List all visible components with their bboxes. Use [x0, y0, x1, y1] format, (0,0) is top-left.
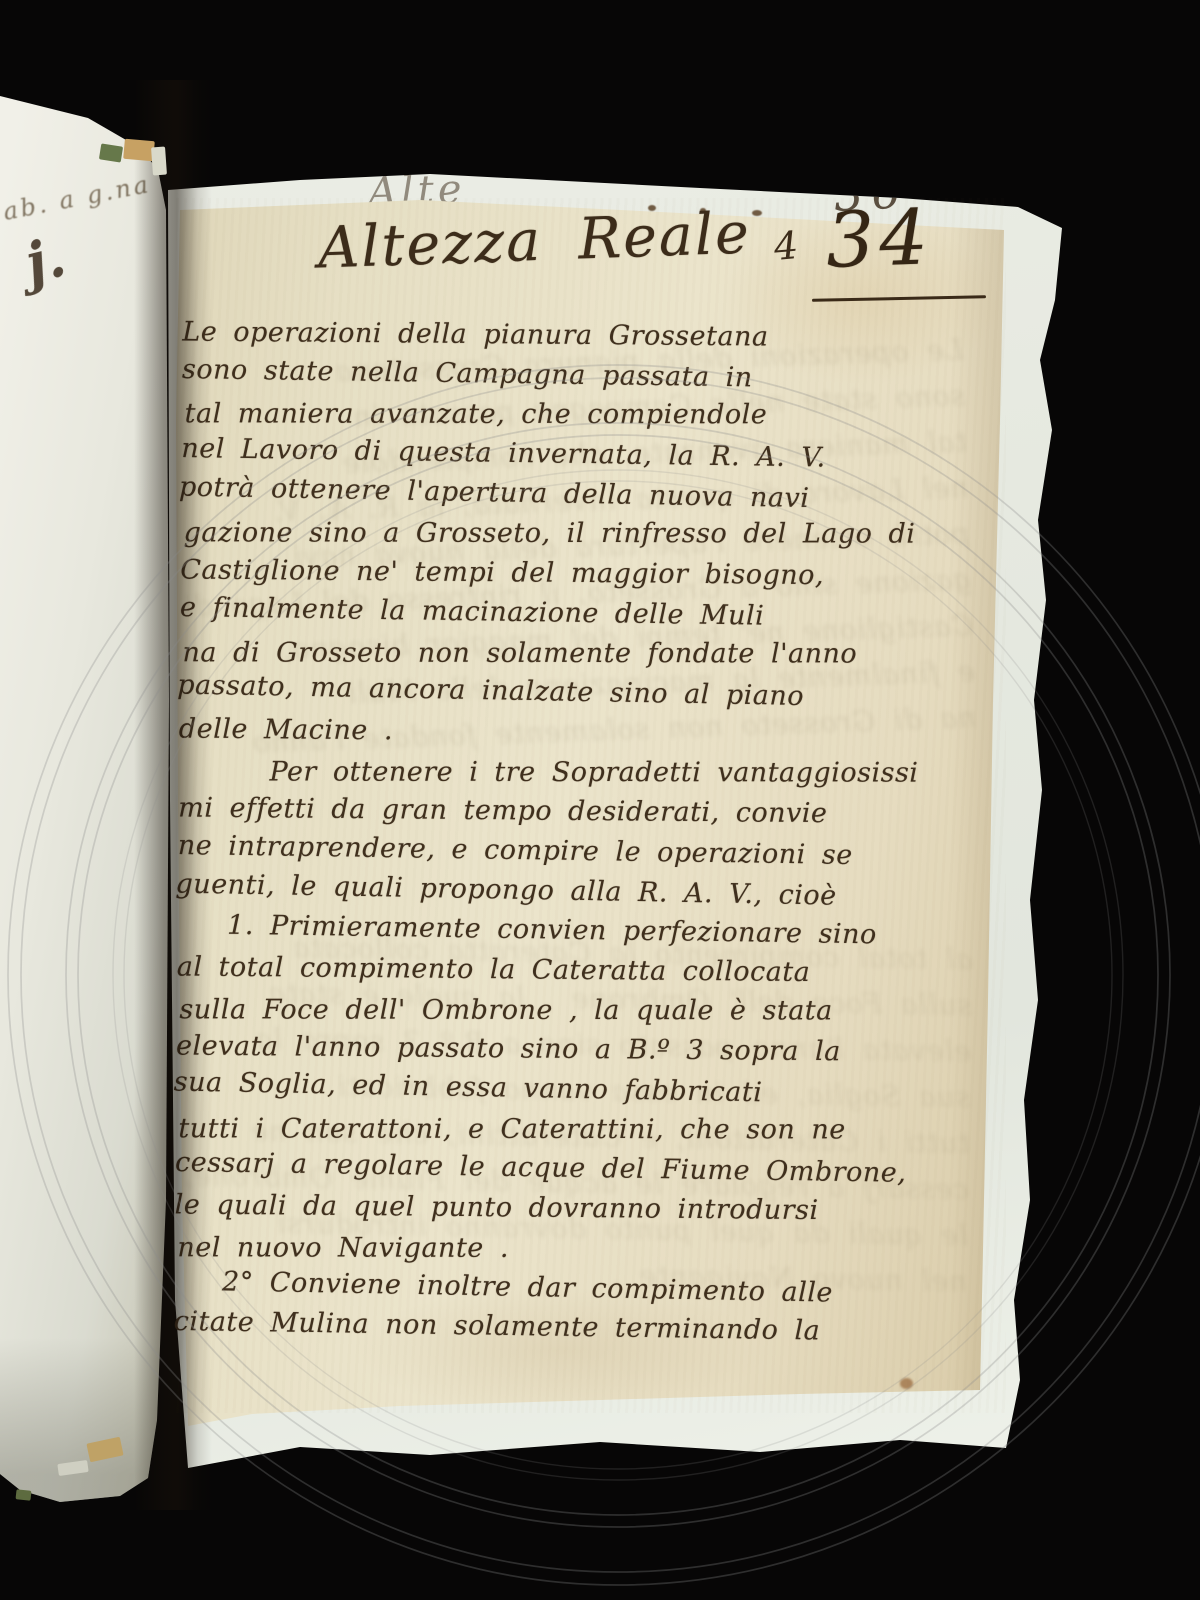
tape-fragment-tan	[123, 139, 155, 162]
manuscript-line: sulla Foce dell' Ombrone , la quale è st…	[179, 990, 993, 1031]
paper-speck	[752, 210, 762, 216]
left-page-ink-flourish: j.	[19, 224, 72, 295]
left-page-faint-writing: ab. a g.na	[1, 166, 173, 226]
folio-number-small: 4	[772, 223, 800, 269]
tape-fragment-green	[99, 143, 123, 162]
left-book-page: ab. a g.na j.	[0, 0, 176, 1520]
manuscript-body: Le operazioni della pianura Grossetana s…	[174, 312, 997, 1351]
folio-number-large: 34	[824, 192, 934, 285]
photo-black-background: ab. a g.na j. 36 Alte Le operazioni dell…	[0, 0, 1200, 1600]
manuscript-line: Per ottenere i tre Sopradetti vantaggios…	[181, 752, 995, 793]
manuscript-line: tal maniera avanzate, che compiendole	[185, 395, 999, 436]
tape-fragment-green	[16, 1489, 32, 1501]
tape-fragment-pale	[151, 147, 167, 176]
manuscript-line: gazione sino a Grosseto, il rinfresso de…	[184, 514, 998, 555]
rust-stain	[900, 1378, 913, 1389]
